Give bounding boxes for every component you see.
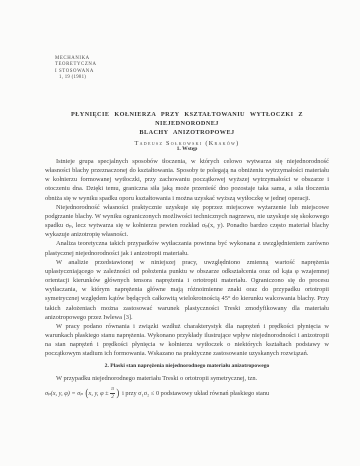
section-1-heading: 1. Wstęp [45,146,329,153]
formula-lhs: σₚ(x, y, φ) = σₚ [45,390,83,397]
paragraph: Istnieje grupa specjalnych sposobów tłoc… [45,157,329,203]
journal-masthead: MECHANIKA TEORETYCZNA I STOSOWANA 1, 19 … [55,56,97,82]
fraction-denominator: 2 [111,394,114,401]
fraction-numerator: π [110,386,116,394]
paragraph: W analizie przedstawionej w niniejszej p… [45,258,329,322]
paragraph: Analiza teoretyczna takich przypadków wy… [45,239,329,257]
formula-close-paren: ) [117,387,120,399]
formula-inner: x, y, φ ± [89,390,109,397]
article-title-line1: PŁYNIĘCIE KOŁNIERZA PRZY KSZTAŁTOWANIU W… [45,110,329,128]
paragraph: Niejednorodność własności praktycznie uz… [45,203,329,240]
formula-tail-text: i przy σ₁σ₂ ≤ 0 podstawowy układ równań … [122,390,269,397]
article-body: 1. Wstęp Istnieje grupa specjalnych spos… [45,146,329,400]
formula: σₚ(x, y, φ) = σₚ ( x, y, φ ± π 2 ) i prz… [45,386,329,400]
journal-volume: 1, 19 (1981) [55,75,97,81]
scanned-paper-page: MECHANIKA TEORETYCZNA I STOSOWANA 1, 19 … [0,0,360,466]
formula-open-paren: ( [85,387,88,399]
paragraph: W przypadku niejednorodnego materiału Tr… [45,374,329,383]
formula-fraction: π 2 [110,386,116,400]
paragraph: W pracy podano równania i związki wzdłuż… [45,322,329,359]
journal-name-line: TEORETYCZNA [55,62,97,68]
section-2-heading: 2. Płaski stan naprężenia niejednorodneg… [45,363,329,370]
